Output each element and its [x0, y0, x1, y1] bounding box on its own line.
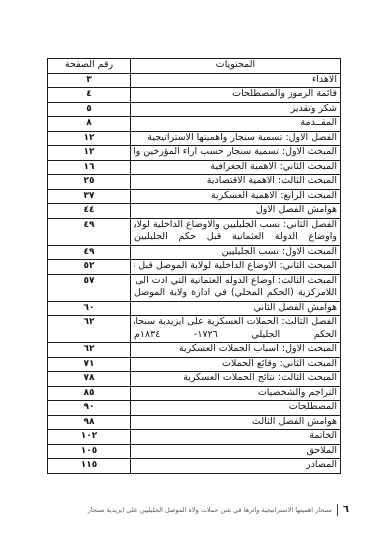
table-row: الخاتمة١٠٢	[48, 430, 341, 445]
toc-entry-page-number: ٤٩	[48, 218, 131, 245]
toc-entry-page-number: ٧١	[48, 357, 131, 372]
toc-entry-page-number: ٣٧	[48, 189, 131, 204]
toc-entry-title-line: الفصل الاول: تسمية سنجار واهميتها الاستر…	[134, 132, 337, 145]
table-row: هوامش الفصل الاول٤٤	[48, 204, 341, 219]
toc-entry-page-number: ٥	[48, 102, 131, 117]
toc-entry-title-line: الخاتمة	[134, 430, 337, 443]
table-row: المبحث الرابع: الاهمية العسكرية٣٧	[48, 189, 341, 204]
toc-entry-page-number: ١٢	[48, 146, 131, 161]
toc-entry-title-line: المبحث الثاني: الاوضاع الداخلية لولاية ا…	[134, 260, 337, 273]
toc-entry-title-line: قائمة الرموز والمصطلحات	[134, 88, 337, 101]
toc-entry-title-line: المبحث الرابع: الاهمية العسكرية	[134, 190, 337, 203]
toc-entry-title: المبحث الاول: نسب الجليليين	[131, 245, 341, 260]
toc-entry-title: المبحث الرابع: الاهمية العسكرية	[131, 189, 341, 204]
toc-header-page-number: رقم الصفحة	[48, 59, 131, 74]
toc-entry-title-line: المصادر	[134, 459, 337, 472]
toc-entry-page-number: ٨	[48, 117, 131, 132]
toc-entry-title: المبحث الثاني: وقائع الحملات	[131, 357, 341, 372]
toc-entry-title: الفصل الثاني: نسب الجليليين والاوضاع الد…	[131, 218, 341, 245]
table-row: الملاحق١٠٥	[48, 444, 341, 459]
table-row: قائمة الرموز والمصطلحات٤	[48, 88, 341, 103]
toc-entry-page-number: ٤٩	[48, 245, 131, 260]
toc-entry-page-number: ٥٢	[48, 260, 131, 275]
toc-entry-page-number: ٤٤	[48, 204, 131, 219]
toc-entry-title-line: هوامش الفصل الثالث	[134, 416, 337, 429]
toc-entry-page-number: ٥٧	[48, 274, 131, 301]
toc-entry-page-number: ٩٨	[48, 415, 131, 430]
toc-entry-title-line: المبحث الاول: تسمية سنجار حسب اراء المؤر…	[134, 146, 337, 159]
toc-entry-title: الملاحق	[131, 444, 341, 459]
toc-entry-title-line: هوامش الفصل الاول	[134, 204, 337, 217]
toc-entry-page-number: ١٠٢	[48, 430, 131, 445]
footer-divider	[337, 504, 338, 516]
toc-header-contents: المحتويات	[131, 59, 341, 74]
toc-entry-title-line: واوضاع الدولة العثمانية قبل حكم الجليليي…	[134, 231, 337, 244]
toc-entry-title-line: المقــدمة	[134, 117, 337, 130]
toc-entry-title: الفصل الثالث: الحملات العسكرية على ايزيد…	[131, 316, 341, 343]
toc-entry-title-line: شكر وتقدير	[134, 103, 337, 116]
toc-table: المحتويات رقم الصفحة الاهداء٣قائمة الرمو…	[47, 58, 341, 474]
toc-entry-title: هوامش الفصل الثالث	[131, 415, 341, 430]
toc-entry-page-number: ٦٢	[48, 316, 131, 343]
toc-body: الاهداء٣قائمة الرموز والمصطلحات٤شكر وتقد…	[48, 73, 341, 473]
toc-entry-title-line: هوامش الفصل الثاني	[134, 302, 337, 315]
toc-entry-title: المبحث الثالث: نتائج الحملات العسكرية	[131, 372, 341, 387]
toc-entry-title: المبحث الثالث: اوضاع الدوله العثمانية ال…	[131, 274, 341, 301]
toc-entry-title: المصطلحات	[131, 401, 341, 416]
toc-entry-title: المبحث الاول: تسمية سنجار حسب اراء المؤر…	[131, 146, 341, 161]
table-row: المقــدمة٨	[48, 117, 341, 132]
table-row: المبحث الثالث: نتائج الحملات العسكرية٧٨	[48, 372, 341, 387]
toc-entry-page-number: ١٠٥	[48, 444, 131, 459]
table-row: شكر وتقدير٥	[48, 102, 341, 117]
table-row: المبحث الثاني: الاوضاع الداخلية لولاية ا…	[48, 260, 341, 275]
table-row: المبحث الاول: اسباب الحملات العسكرية٦٢	[48, 343, 341, 358]
toc-entry-title: المصادر	[131, 459, 341, 474]
toc-header-row: المحتويات رقم الصفحة	[48, 59, 341, 74]
toc-entry-page-number: ١٦	[48, 160, 131, 175]
table-row: الاهداء٣	[48, 73, 341, 88]
toc-entry-title-line: المبحث الاول: اسباب الحملات العسكرية	[134, 343, 337, 356]
toc-entry-title: الخاتمة	[131, 430, 341, 445]
table-row: هوامش الفصل الثالث٩٨	[48, 415, 341, 430]
toc-entry-page-number: ٤	[48, 88, 131, 103]
table-row: المصطلحات٩٠	[48, 401, 341, 416]
toc-entry-title-line: الحكم الجليلي ١٧٢٦- ١٨٣٤م	[134, 329, 337, 342]
toc-entry-title-line: المبحث الاول: نسب الجليليين	[134, 246, 337, 259]
table-row: المبحث الثالث: الاهمية الاقتصادية٢٥	[48, 175, 341, 190]
toc-entry-title: المبحث الاول: اسباب الحملات العسكرية	[131, 343, 341, 358]
toc-entry-page-number: ٨٥	[48, 386, 131, 401]
table-row: المبحث الثاني: وقائع الحملات٧١	[48, 357, 341, 372]
toc-entry-page-number: ٦٠	[48, 301, 131, 316]
toc-entry-page-number: ٦٢	[48, 343, 131, 358]
toc-entry-page-number: ٩٠	[48, 401, 131, 416]
toc-entry-title-line: الفصل الثاني: نسب الجليليين والاوضاع الد…	[134, 219, 337, 232]
toc-entry-title: المبحث الثاني: الاهمية الجغرافية	[131, 160, 341, 175]
toc-entry-title: المبحث الثاني: الاوضاع الداخلية لولاية ا…	[131, 260, 341, 275]
toc-entry-title-line: الاهداء	[134, 74, 337, 87]
toc-entry-page-number: ٣	[48, 73, 131, 88]
toc-entry-title: قائمة الرموز والمصطلحات	[131, 88, 341, 103]
toc-entry-page-number: ٢٥	[48, 175, 131, 190]
footer-page-number: ٦	[343, 502, 349, 518]
table-row: المبحث الاول: نسب الجليليين٤٩	[48, 245, 341, 260]
toc-entry-title-line: التراجم والشخصيات	[134, 387, 337, 400]
table-row: الفصل الثاني: نسب الجليليين والاوضاع الد…	[48, 218, 341, 245]
toc-entry-title-line: الملاحق	[134, 445, 337, 458]
table-row: الفصل الثالث: الحملات العسكرية على ايزيد…	[48, 316, 341, 343]
toc-entry-page-number: ١١٥	[48, 459, 131, 474]
toc-entry-page-number: ٧٨	[48, 372, 131, 387]
table-row: التراجم والشخصيات٨٥	[48, 386, 341, 401]
toc-entry-title-line: المبحث الثالث: الاهمية الاقتصادية	[134, 175, 337, 188]
toc-entry-title: التراجم والشخصيات	[131, 386, 341, 401]
table-row: الفصل الاول: تسمية سنجار واهميتها الاستر…	[48, 131, 341, 146]
table-row: هوامش الفصل الثاني٦٠	[48, 301, 341, 316]
toc-page: المحتويات رقم الصفحة الاهداء٣قائمة الرمو…	[0, 0, 385, 538]
table-row: المصادر١١٥	[48, 459, 341, 474]
toc-entry-title-line: المصطلحات	[134, 401, 337, 414]
toc-entry-title: المبحث الثالث: الاهمية الاقتصادية	[131, 175, 341, 190]
toc-entry-title-line: الفصل الثالث: الحملات العسكرية على ايزيد…	[134, 316, 337, 329]
toc-entry-title: هوامش الفصل الاول	[131, 204, 341, 219]
table-row: المبحث الاول: تسمية سنجار حسب اراء المؤر…	[48, 146, 341, 161]
toc-entry-title-line: المبحث الثاني: الاهمية الجغرافية	[134, 161, 337, 174]
toc-entry-title: الفصل الاول: تسمية سنجار واهميتها الاستر…	[131, 131, 341, 146]
footer-thesis-title: سنجار اهميتها الاستراتيجية واثرها في شن …	[88, 502, 332, 518]
toc-entry-title: المقــدمة	[131, 117, 341, 132]
table-row: المبحث الثالث: اوضاع الدوله العثمانية ال…	[48, 274, 341, 301]
toc-entry-title-line: المبحث الثاني: وقائع الحملات	[134, 358, 337, 371]
page-footer: ٦ سنجار اهميتها الاستراتيجية واثرها في ش…	[88, 502, 349, 518]
toc-entry-title: شكر وتقدير	[131, 102, 341, 117]
toc-entry-title: هوامش الفصل الثاني	[131, 301, 341, 316]
toc-entry-title-line: اللامركزية (الحكم المحلي) في ادارة ولاية…	[134, 287, 337, 300]
toc-entry-title-line: المبحث الثالث: نتائج الحملات العسكرية	[134, 372, 337, 385]
toc-entry-page-number: ١٢	[48, 131, 131, 146]
toc-entry-title-line: المبحث الثالث: اوضاع الدوله العثمانية ال…	[134, 275, 337, 288]
toc-entry-title: الاهداء	[131, 73, 341, 88]
table-row: المبحث الثاني: الاهمية الجغرافية١٦	[48, 160, 341, 175]
